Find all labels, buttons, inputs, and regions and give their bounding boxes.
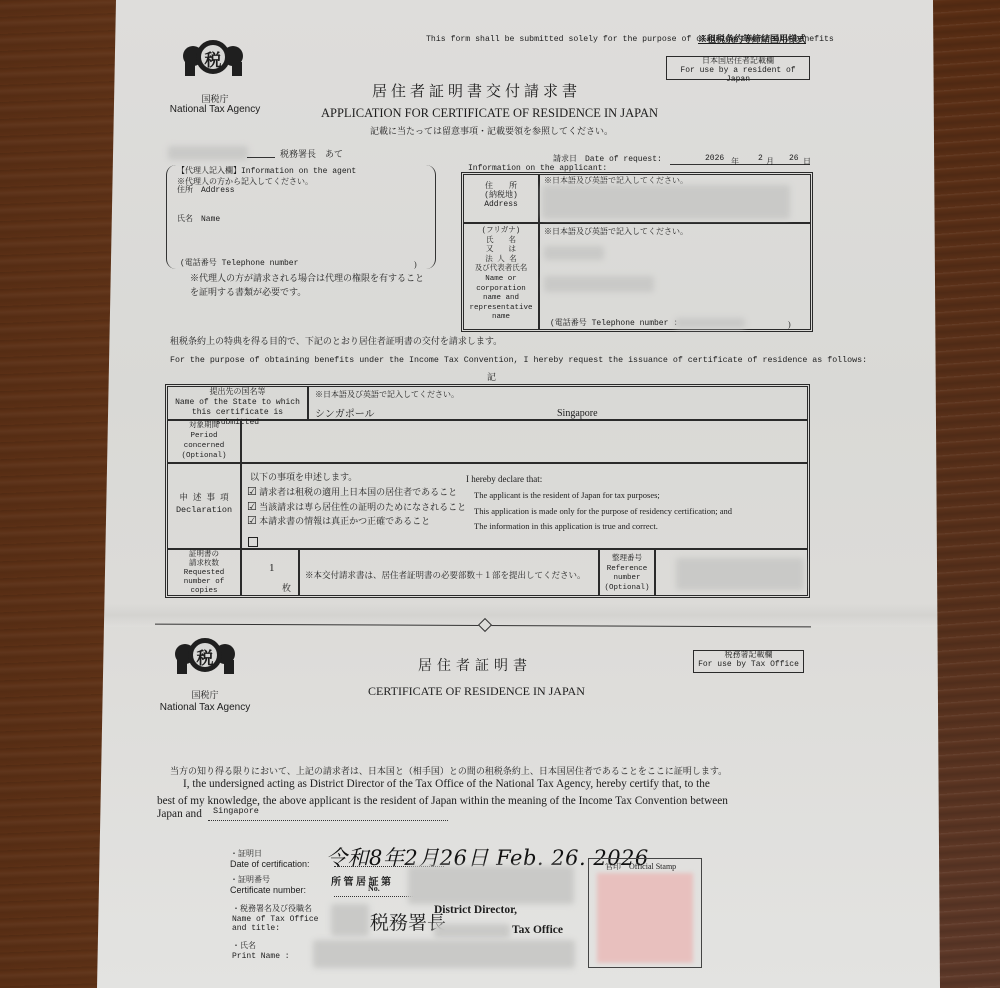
certificate-no-mark: No. [368, 884, 380, 893]
declaration-item-3-en: The information in this application is t… [474, 521, 658, 532]
state-value-en: Singapore [557, 408, 598, 419]
declaration-item-1[interactable]: ☑ 請求者は租税の適用上日本国の居住者であること [247, 487, 457, 498]
resident-use-jp: 日本国居住者記載欄 [667, 57, 809, 66]
certificate-statement-en-1: I, the undersigned acting as District Di… [183, 778, 710, 790]
office-title-en: District Director, [434, 904, 517, 916]
request-day-unit: 日 [803, 157, 811, 166]
application-title-jp: 居住者証明書交付請求書 [372, 80, 581, 101]
nta-logo-icon: 税 [180, 40, 244, 84]
applicant-name-field[interactable]: ※日本語及び英語で記入してください。 (電話番号 Telephone numbe… [539, 223, 811, 330]
tax-office-label: ・税務署名及び役職名 Name of Tax Office and title: [232, 905, 318, 934]
declaration-label: 申 述 事 項 Declaration [167, 463, 241, 549]
agency-name-en: National Tax Agency [150, 702, 260, 713]
request-year: 2026 [705, 154, 724, 163]
partner-country-field[interactable]: Singapore [208, 806, 448, 821]
official-stamp-label: 官印 Official Stamp [605, 861, 676, 872]
instructions-note: 記載に当たっては留意事項・記載要領を参照してください。 [370, 124, 613, 137]
period-field[interactable] [241, 420, 808, 463]
certificate-title-jp: 居住者証明書 [418, 655, 532, 675]
redacted-name [544, 276, 654, 292]
reference-label: 整理番号 Reference number (Optional) [599, 549, 655, 596]
agency-name-en: National Tax Agency [160, 104, 270, 115]
partner-country-value: Singapore [213, 806, 259, 816]
agent-phone-label: (電話番号 Telephone number [180, 259, 298, 268]
agency-name-jp: 国税庁 [160, 688, 250, 701]
declaration-item-2-en: This application is made only for the pu… [474, 506, 732, 517]
request-day: 26 [789, 154, 799, 163]
declaration-field: 以下の事項を申述します。 I hereby declare that: ☑ 請求… [241, 463, 808, 549]
application-title-en: APPLICATION FOR CERTIFICATE OF RESIDENCE… [321, 106, 658, 121]
certificate-title-en: CERTIFICATE OF RESIDENCE IN JAPAN [368, 684, 585, 699]
applicant-phone-label: (電話番号 Telephone number : [550, 319, 678, 328]
addressee-label: 税務署長 あて [280, 147, 343, 160]
agent-footnote-2: を証明する書類が必要です。 [190, 287, 306, 298]
tax-office-use-box: 税務署記載欄 For use by Tax Office [693, 650, 804, 673]
applicant-name-label: (フリガナ) 氏 名 又 は 法 人 名 及び代表者氏名 Name or cor… [463, 223, 539, 330]
redacted-print-name [313, 940, 575, 968]
agent-footnote-1: ※代理人の方が請求される場合は代理の権限を有すること [190, 273, 424, 284]
agent-name-label: 氏名 Name [177, 215, 220, 224]
resident-use-en: For use by a resident of Japan [667, 66, 809, 84]
redacted-tax-office [168, 146, 248, 160]
declaration-item-2[interactable]: ☑ 当該請求は専ら居住性の証明のためになされること [247, 502, 466, 513]
name-note: ※日本語及び英語で記入してください。 [544, 227, 688, 236]
wood-table-background [930, 0, 1000, 988]
certificate-statement-jp: 当方の知り得る限りにおいて、上記の請求者は、日本国と（相手国）との間の租税条約上… [170, 764, 727, 777]
certificate-number-field[interactable]: No. [334, 884, 419, 897]
certification-date-label: ・証明日 Date of certification: [230, 849, 310, 869]
state-value-jp: シンガポール [315, 405, 375, 420]
redacted-address [542, 185, 790, 219]
redacted-office-name [331, 904, 369, 936]
request-year-unit: 年 [731, 157, 739, 166]
applicant-phone-close: ) [788, 320, 791, 329]
checkbox-checked-icon[interactable]: ☑ [247, 515, 257, 527]
agent-header: 【代理人記入欄】Information on the agent [177, 167, 356, 176]
redacted-certificate-number [408, 866, 574, 904]
copies-label: 証明書の 請求枚数 Requested number of copies [167, 549, 241, 596]
copies-note-cell: ※本交付請求書は、居住者証明書の必要部数＋１部を提出してください。 [299, 549, 599, 596]
copies-value: 1 [269, 562, 275, 574]
declaration-item-3[interactable]: ☑ 本請求書の情報は真正かつ正確であること [247, 516, 430, 527]
certificate-statement-en-3: Japan and [157, 808, 202, 820]
checkbox-checked-icon[interactable]: ☑ [247, 501, 257, 513]
office-suffix: Tax Office [512, 924, 563, 936]
applicant-address-field[interactable]: ※日本語及び英語で記入してください。 [539, 174, 811, 223]
request-date-label: 請求日 Date of request: [553, 155, 662, 164]
agent-note: ※代理人の方から記入してください。 [177, 177, 313, 186]
redacted-office-en [434, 924, 510, 938]
declaration-intro-jp: 以下の事項を申述します。 [250, 472, 357, 483]
document-paper: ※租税条約等締結国用様式 This form shall be submitte… [0, 0, 1000, 988]
declaration-item-1-en: The applicant is the resident of Japan f… [474, 490, 660, 501]
redacted-name-kana [544, 246, 604, 260]
tax-office-use-jp: 税務署記載欄 [694, 651, 803, 660]
purpose-notice: This form shall be submitted solely for … [426, 35, 834, 44]
checkbox-empty-icon[interactable] [248, 537, 258, 547]
purpose-jp: 租税条約上の特典を得る目的で、下記のとおり居住者証明書の交付を請求します。 [170, 336, 502, 347]
print-name-label: ・氏名 Print Name : [232, 942, 290, 962]
request-month: 2 [758, 154, 763, 163]
redacted-reference [676, 558, 804, 590]
purpose-en: For the purpose of obtaining benefits un… [170, 356, 867, 365]
copies-field[interactable]: 1 枚 [241, 549, 299, 596]
period-label: 対象期間 Period concerned (Optional) [167, 420, 241, 463]
copies-note: ※本交付請求書は、居住者証明書の必要部数＋１部を提出してください。 [305, 570, 586, 581]
redacted-phone [675, 318, 745, 328]
state-field[interactable]: ※日本語及び英語で記入してください。 シンガポール Singapore [308, 386, 808, 420]
reference-number-field[interactable] [655, 549, 808, 596]
applicant-address-label: 住 所 (納税地) Address [463, 174, 539, 223]
state-label: 提出先の国名等 Name of the State to which this … [167, 386, 308, 420]
agent-address-label: 住所 Address [177, 186, 235, 195]
tax-office-use-en: For use by Tax Office [694, 660, 803, 669]
checkbox-checked-icon[interactable]: ☑ [247, 486, 257, 498]
redacted-official-stamp [597, 873, 693, 963]
ki-mark: 記 [487, 372, 496, 383]
copies-unit: 枚 [282, 583, 291, 594]
nta-logo-icon: 税 [172, 638, 236, 682]
address-note: ※日本語及び英語で記入してください。 [544, 176, 688, 185]
agent-phone-close: ) [414, 260, 417, 269]
resident-use-box: 日本国居住者記載欄 For use by a resident of Japan [666, 56, 810, 80]
official-stamp-box: 官印 Official Stamp [588, 858, 702, 968]
certificate-number-label: ・証明番号 Certificate number: [230, 875, 306, 895]
request-month-unit: 月 [766, 157, 774, 166]
state-note: ※日本語及び英語で記入してください。 [315, 390, 459, 399]
declaration-intro-en: I hereby declare that: [466, 474, 542, 485]
